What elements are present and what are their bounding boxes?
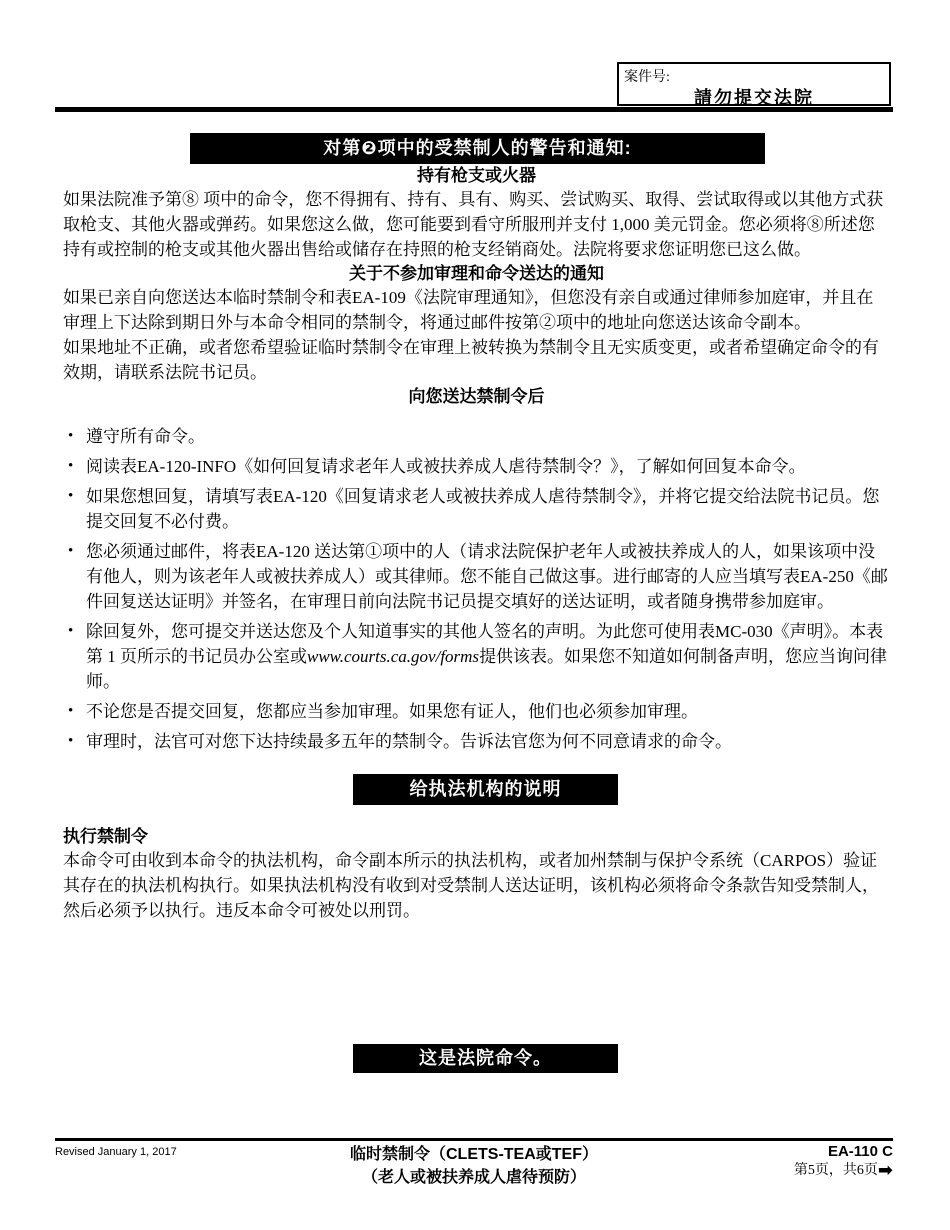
list-item: 遵守所有命令。 bbox=[63, 424, 890, 449]
enforcement-paragraph: 本命令可由收到本命令的执法机构，命令副本所示的执法机构，或者加州禁制与保护令系统… bbox=[63, 848, 890, 923]
list-item: 阅读表EA-120-INFO《如何回复请求老年人或被扶养成人虐待禁制令？》，了解… bbox=[63, 454, 890, 479]
firearms-paragraph: 如果法院准予第⑧ 项中的命令，您不得拥有、持有、具有、购买、尝试购买、取得、尝试… bbox=[63, 187, 890, 262]
page-indicator-text: 第5页，共6页 bbox=[794, 1163, 878, 1178]
form-page: 案件号: 請勿提交法院 对第❷项中的受禁制人的警告和通知: 持有枪支或火器 如果… bbox=[0, 0, 950, 1230]
form-footer: Revised January 1, 2017 临时禁制令（CLETS-TEA或… bbox=[55, 1138, 893, 1189]
form-title-line-1: 临时禁制令（CLETS-TEA或TEF） bbox=[350, 1143, 598, 1166]
list-item: 如果您想回复，请填写表EA-120《回复请求老人或被扶养成人虐待禁制令》，并将它… bbox=[63, 484, 890, 534]
list-item: 除回复外，您可提交并送达您及个人知道事实的其他人签名的声明。为此您可使用表MC-… bbox=[63, 619, 890, 694]
warning-banner: 对第❷项中的受禁制人的警告和通知: bbox=[190, 133, 765, 164]
next-page-arrow-icon: ➡ bbox=[878, 1160, 893, 1181]
list-item: 不论您是否提交回复，您都应当参加审理。如果您有证人，他们也必须参加审理。 bbox=[63, 699, 890, 724]
form-title: 临时禁制令（CLETS-TEA或TEF） （老人或被扶养成人虐待预防） bbox=[350, 1143, 598, 1189]
form-title-line-2: （老人或被扶养成人虐待预防） bbox=[350, 1166, 598, 1189]
firearms-heading: 持有枪支或火器 bbox=[63, 164, 890, 187]
law-enforcement-banner: 给执法机构的说明 bbox=[353, 774, 618, 805]
court-order-banner: 这是法院命令。 bbox=[353, 1044, 618, 1073]
form-number: EA-110 C bbox=[794, 1143, 893, 1161]
after-service-bullet-list: 遵守所有命令。 阅读表EA-120-INFO《如何回复请求老年人或被扶养成人虐待… bbox=[63, 424, 890, 754]
enforcement-heading: 执行禁制令 bbox=[63, 825, 890, 848]
courts-forms-url: www.courts.ca.gov/forms bbox=[307, 647, 479, 666]
form-number-block: EA-110 C 第5页，共6页➡ bbox=[794, 1143, 893, 1181]
hearing-notice-paragraph-2: 如果地址不正确，或者您希望验证临时禁制令在审理上被转换为禁制令且无实质变更，或者… bbox=[63, 335, 890, 385]
revision-date: Revised January 1, 2017 bbox=[55, 1143, 177, 1158]
hearing-notice-heading: 关于不参加审理和命令送达的通知 bbox=[63, 262, 890, 285]
form-body: 对第❷项中的受禁制人的警告和通知: 持有枪支或火器 如果法院准予第⑧ 项中的命令… bbox=[0, 0, 950, 1073]
list-item: 审理时，法官可对您下达持续最多五年的禁制令。告诉法官您为何不同意请求的命令。 bbox=[63, 729, 890, 754]
after-service-heading: 向您送达禁制令后 bbox=[63, 385, 890, 408]
list-item: 您必须通过邮件，将表EA-120 送达第①项中的人（请求法院保护老年人或被扶养成… bbox=[63, 539, 890, 614]
page-indicator: 第5页，共6页➡ bbox=[794, 1161, 893, 1181]
hearing-notice-paragraph-1: 如果已亲自向您送达本临时禁制令和表EA-109《法院审理通知》，但您没有亲自或通… bbox=[63, 285, 890, 335]
